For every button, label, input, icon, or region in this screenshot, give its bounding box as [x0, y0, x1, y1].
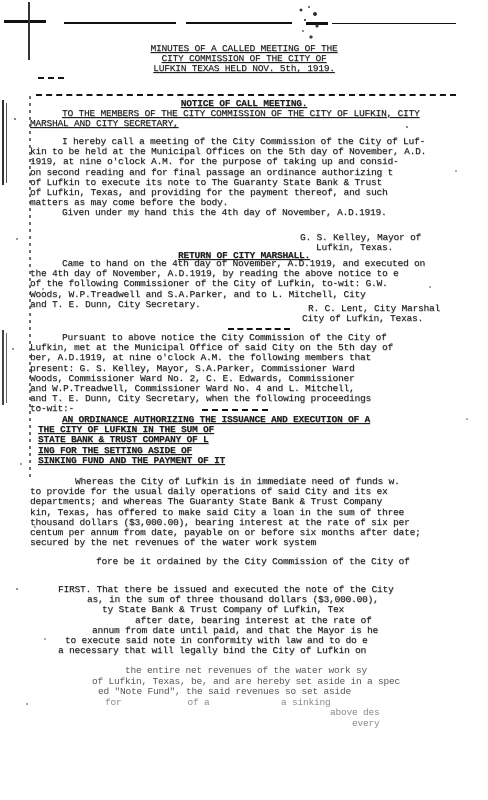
body-line: secured by the net revenues of the water…	[30, 538, 421, 548]
title-line: LUFKIN TEXAS HELD NOV. 5th, 1919.	[0, 64, 488, 74]
section-first-paragraph: FIRST. That there be issued and executed…	[30, 585, 394, 656]
ordinance-caption-line: SINKING FUND AND THE PAYMENT OF IT	[38, 456, 370, 466]
proceedings-paragraph: Pursuant to above notice the City Commis…	[30, 333, 393, 415]
scan-edge-line-segment	[4, 20, 46, 23]
scan-edge-line-segment	[186, 22, 292, 24]
scan-edge-line-segment	[64, 22, 176, 24]
scan-noise-speckles	[14, 118, 16, 120]
margin-dash-artifact	[38, 77, 64, 79]
section-divider-dashed	[202, 409, 268, 411]
margin-line-artifact	[2, 100, 4, 185]
section-divider-dashed	[36, 94, 456, 96]
body-line: a necessary that will legally bind the C…	[30, 646, 394, 656]
notice-body-paragraph: I hereby call a meeting of the City Comm…	[30, 137, 426, 219]
scanned-document-page: MINUTES OF A CALLED MEETING OF THE CITY …	[0, 0, 488, 800]
whereas-paragraph: Whereas the City of Lufkin is in immedia…	[30, 477, 421, 548]
ink-smudge-artifact	[295, 4, 325, 44]
body-line: Given under my hand this the 4th day of …	[30, 208, 426, 218]
marshal-signature-block: R. C. Lent, City Marshal City of Lufkin,…	[302, 304, 440, 324]
ordinance-caption: AN ORDINANCE AUTHORIZING THE ISSUANCE AN…	[38, 415, 370, 466]
margin-line-artifact	[6, 103, 7, 183]
body-line: and T. E. Dunn, City Secretary, when the…	[30, 394, 393, 404]
section-second-paragraph: the entire net revenues of the water wor…	[0, 666, 400, 729]
margin-line-artifact	[2, 330, 4, 405]
body-line: the entire net revenues of the water wor…	[0, 666, 400, 677]
signature-line: City of Lufkin, Texas.	[302, 314, 440, 324]
body-line: ed "Note Fund", the said revenues so set…	[0, 687, 400, 698]
salutation-line: MARSHAL AND CITY SECRETARY,	[30, 119, 420, 129]
notice-salutation: TO THE MEMBERS OF THE CITY COMMISSION OF…	[30, 109, 420, 129]
body-line: above des	[0, 708, 400, 719]
document-title: MINUTES OF A CALLED MEETING OF THE CITY …	[0, 44, 488, 75]
section-divider-dashed	[228, 328, 290, 330]
body-line: every	[0, 719, 400, 730]
ordained-line: fore be it ordained by the City Commissi…	[96, 557, 410, 567]
scan-edge-line-segment	[332, 23, 456, 24]
margin-line-artifact	[6, 333, 7, 403]
